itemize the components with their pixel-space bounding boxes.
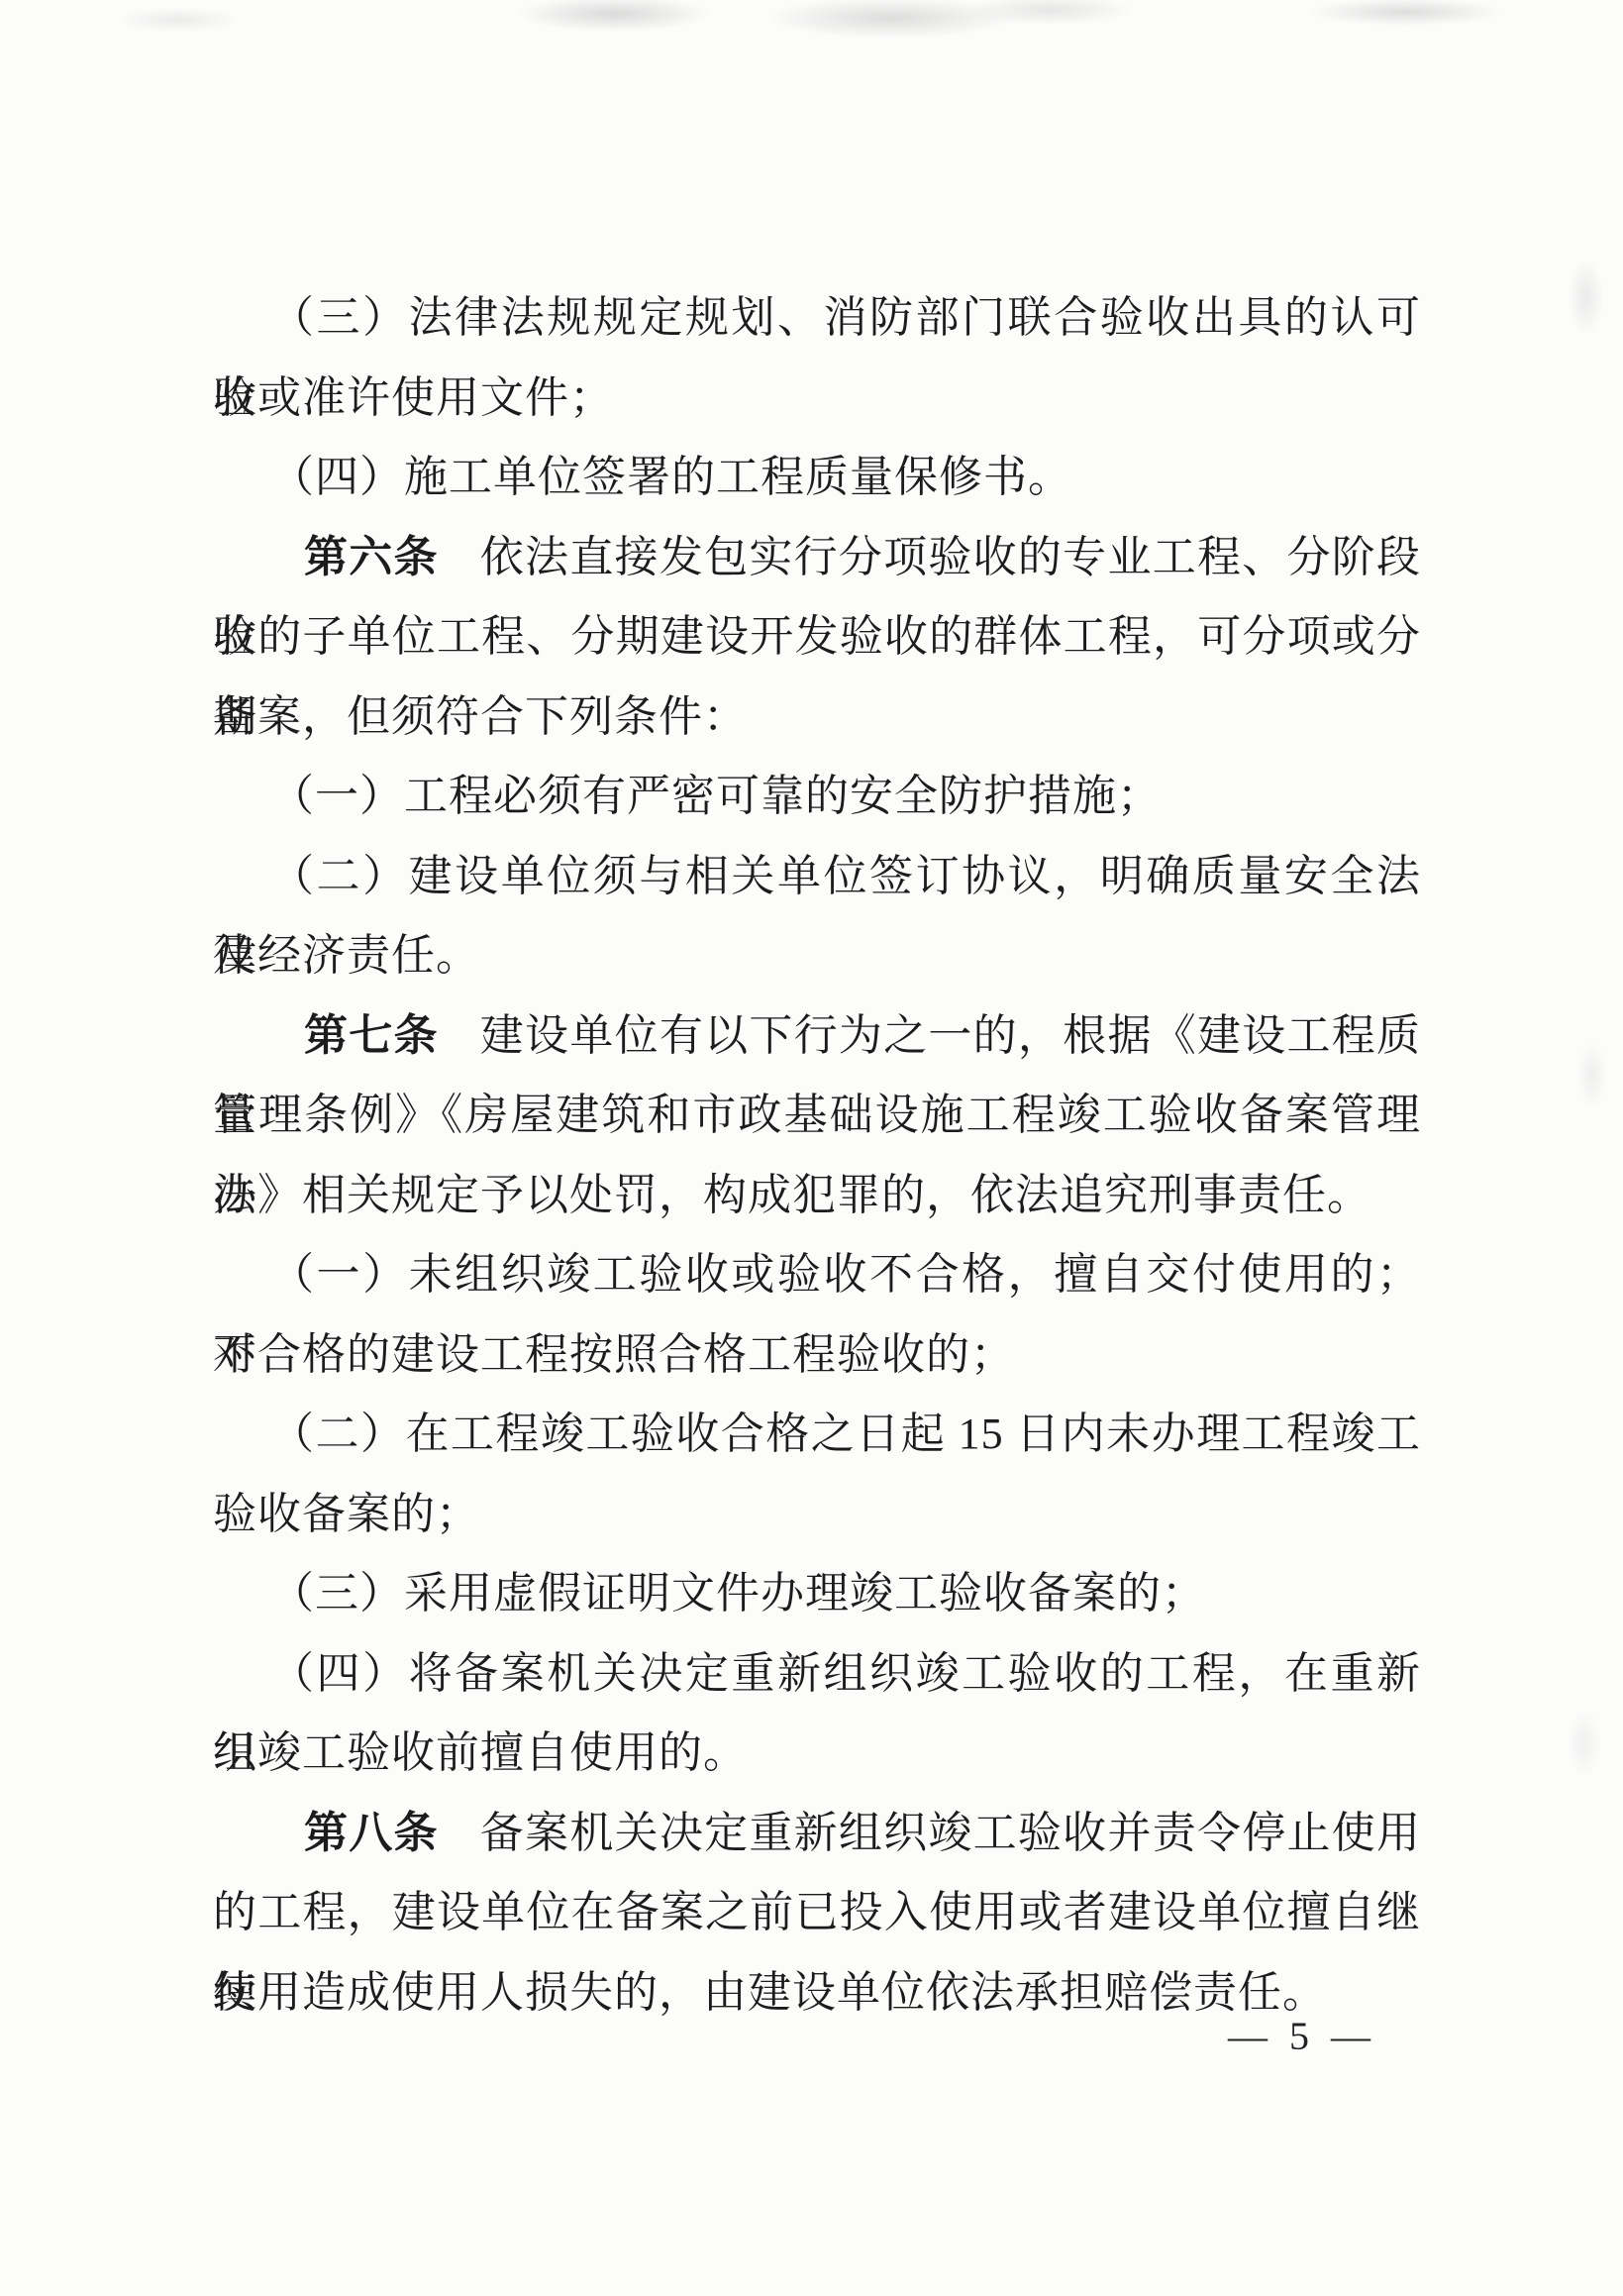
text-line: 织竣工验收前擅自使用的。 <box>213 1714 1421 1794</box>
text-line: 收的子单位工程、分期建设开发验收的群体工程，可分项或分期 <box>213 597 1421 678</box>
article-number: 第六条 <box>304 533 439 581</box>
text-line: 第六条依法直接发包实行分项验收的专业工程、分阶段验 <box>213 518 1421 598</box>
page-number: — 5 — <box>1228 2013 1376 2059</box>
text-line: （三）采用虚假证明文件办理竣工验收备案的； <box>213 1554 1421 1634</box>
text-line: （一）工程必须有严密可靠的安全防护措施； <box>213 757 1421 837</box>
text-line: （一）未组织竣工验收或验收不合格，擅自交付使用的；对 <box>213 1235 1421 1315</box>
article-number: 第七条 <box>304 1011 439 1060</box>
text-line: 不合格的建设工程按照合格工程验收的； <box>213 1315 1421 1396</box>
document-body: （三）法律法规规定规划、消防部门联合验收出具的认可验 收或准许使用文件； （四）… <box>213 278 1421 2033</box>
line-text: （二）在工程竣工验收合格之日起 15 日内未办理工程竣工 <box>270 1409 1421 1458</box>
text-line: 管理条例》《房屋建筑和市政基础设施工程竣工验收备案管理办 <box>213 1076 1421 1156</box>
line-text: 备案，但须符合下列条件： <box>213 692 748 741</box>
text-line: 备案，但须符合下列条件： <box>213 678 1421 758</box>
line-text: （三）采用虚假证明文件办理竣工验收备案的； <box>270 1569 1206 1618</box>
text-line: 及经济责任。 <box>213 916 1421 996</box>
text-line: 的工程，建设单位在备案之前已投入使用或者建设单位擅自继续 <box>213 1873 1421 1953</box>
line-text: （四）施工单位签署的工程质量保修书。 <box>270 453 1072 501</box>
line-text: 备案机关决定重新组织竣工验收并责令停止使用 <box>480 1809 1421 1857</box>
line-text: （一）工程必须有严密可靠的安全防护措施； <box>270 772 1162 820</box>
text-line: 第八条备案机关决定重新组织竣工验收并责令停止使用 <box>213 1794 1421 1874</box>
line-text: 不合格的建设工程按照合格工程验收的； <box>213 1330 1015 1379</box>
line-text: 使用造成使用人损失的，由建设单位依法承担赔偿责任。 <box>213 1968 1327 2017</box>
text-line: （四）将备案机关决定重新组织竣工验收的工程，在重新组 <box>213 1634 1421 1715</box>
text-line: （四）施工单位签署的工程质量保修书。 <box>213 438 1421 518</box>
line-text: 及经济责任。 <box>213 931 480 980</box>
text-line: 法》相关规定予以处罚，构成犯罪的，依法追究刑事责任。 <box>213 1156 1421 1236</box>
text-line: 收或准许使用文件； <box>213 359 1421 439</box>
text-line: （三）法律法规规定规划、消防部门联合验收出具的认可验 <box>213 278 1421 359</box>
text-line: （二）建设单位须与相关单位签订协议，明确质量安全法律 <box>213 837 1421 917</box>
text-line: （二）在工程竣工验收合格之日起 15 日内未办理工程竣工 <box>213 1395 1421 1475</box>
line-text: 织竣工验收前擅自使用的。 <box>213 1728 748 1777</box>
document-page: （三）法律法规规定规划、消防部门联合验收出具的认可验 收或准许使用文件； （四）… <box>0 0 1623 2296</box>
article-number: 第八条 <box>304 1809 439 1857</box>
line-text: 法》相关规定予以处罚，构成犯罪的，依法追究刑事责任。 <box>213 1171 1371 1219</box>
text-line: 第七条建设单位有以下行为之一的，根据《建设工程质量 <box>213 996 1421 1077</box>
line-text: 收或准许使用文件； <box>213 373 614 422</box>
text-line: 验收备案的； <box>213 1475 1421 1555</box>
line-text: 验收备案的； <box>213 1490 480 1538</box>
